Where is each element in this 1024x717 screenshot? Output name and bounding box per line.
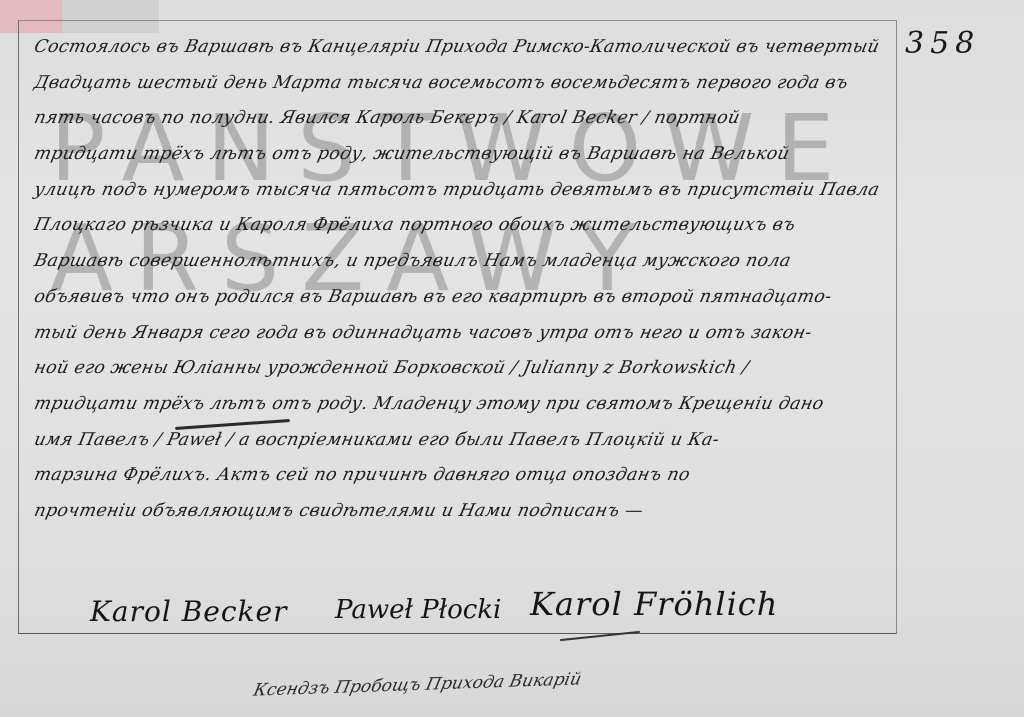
record-line: тридцати трёхъ лѣтъ отъ роду, жительству… <box>30 139 898 175</box>
record-line: прочтеніи объявляющимъ свидѣтелями и Нам… <box>30 496 898 532</box>
record-line: Состоялось въ Варшавѣ въ Канцеляріи Прих… <box>30 32 898 68</box>
signature-block: Karol Becker Paweł Płocki Karol Fröhlich <box>90 585 950 635</box>
record-line: объявивъ что онъ родился въ Варшавѣ въ е… <box>30 282 898 318</box>
record-line: Плоцкаго рѣзчика и Кароля Фрёлиха портно… <box>30 210 898 246</box>
signature-witness-1: Paweł Płocki <box>335 595 501 625</box>
record-line: ной его жены Юліанны урожденной Борковск… <box>30 353 898 389</box>
record-line: пять часовъ по полудни. Явился Кароль Бе… <box>30 103 898 139</box>
record-line: тарзина Фрёлихъ. Актъ сей по причинѣ дав… <box>30 460 898 496</box>
record-line: тридцати трёхъ лѣтъ отъ роду. Младенцу э… <box>30 389 898 425</box>
signature-flourish <box>560 631 640 641</box>
page-number: 358 <box>905 26 980 61</box>
record-line: Двадцать шестый день Марта тысяча восемь… <box>30 68 898 104</box>
document-page: PANSTWOWE ARSZAWY 358 Состоялось въ Варш… <box>0 0 1024 717</box>
signature-father: Karol Becker <box>90 595 287 628</box>
signature-witness-2: Karol Fröhlich <box>530 585 778 623</box>
record-line: имя Павелъ / Paweł / а воспріемниками ег… <box>30 425 898 461</box>
record-line: тый день Января сего года въ одиннадцать… <box>30 318 898 354</box>
officiant-signature-line: Ксендзъ Пробощъ Прихода Викарій <box>252 669 584 700</box>
record-body: Состоялось въ Варшавѣ въ Канцеляріи Прих… <box>30 32 890 532</box>
record-line: улицѣ подъ нумеромъ тысяча пятьсотъ трид… <box>30 175 898 211</box>
record-line: Варшавѣ совершеннолѣтнихъ, и предъявилъ … <box>30 246 898 282</box>
